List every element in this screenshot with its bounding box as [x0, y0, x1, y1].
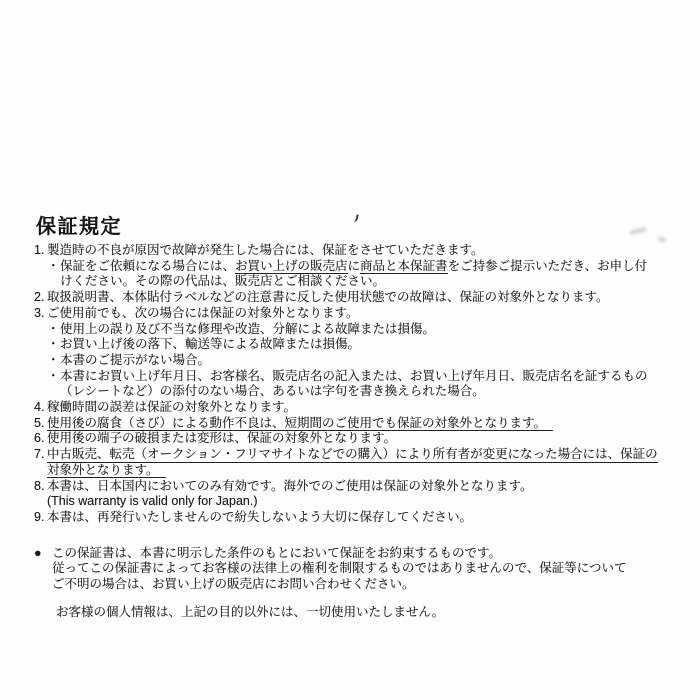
- plain-text: 保証をご依頼になる場合には、: [60, 259, 235, 273]
- note-line: ●この保証書は、本書に明示した条件のもとにおいて保証をお約束するものです。: [34, 546, 690, 562]
- note-line: 従ってこの保証書によってお客様の法律上の権利を制限するものではありませんので、保…: [34, 561, 690, 577]
- line-text: 中古販売、転売（オークション・フリマサイトなどでの購入）により所有者が変更になっ…: [47, 447, 658, 463]
- rule-line: (This warranty is valid only for Japan.): [34, 494, 690, 510]
- rule-line: 5.使用後の腐食（さび）による動作不良は、短期間のご使用でも保証の対象外となりま…: [34, 416, 690, 432]
- plain-text: 取扱説明書、本体貼付ラベルなどの注意書に反した使用状態での故障は、保証の対象外と…: [47, 290, 609, 304]
- list-marker: 1.: [34, 243, 47, 259]
- plain-text: この保証書は、本書に明示した条件のもとにおいて保証をお約束するものです。: [52, 546, 501, 560]
- plain-text: 本書は、再発行いたしませんので紛失しないよう大切に保存してください。: [47, 510, 472, 524]
- plain-text: けください。その際の代品は、販売店とご相談ください。: [60, 274, 385, 288]
- line-text: 従ってこの保証書によってお客様の法律上の権利を制限するものではありませんので、保…: [52, 561, 627, 577]
- line-text: 使用上の誤り及び不当な修理や改造、分解による故障または損傷。: [60, 322, 435, 338]
- underlined-text: 中古販売、転売（オークション・フリマサイトなどでの購入）により所有者が変更になっ…: [47, 447, 658, 463]
- list-marker: 9.: [34, 510, 47, 526]
- plain-text: 製造時の不良が原因で故障が発生した場合には、保証をさせていただきます。: [47, 243, 484, 257]
- privacy-statement: お客様の個人情報は、上記の目的以外には、一切使用いたしません。: [34, 605, 690, 621]
- plain-text: (This warranty is valid only for Japan.): [47, 494, 258, 508]
- line-text: 使用後の端子の破損または変形は、保証の対象外となります。: [47, 431, 396, 447]
- line-text: この保証書は、本書に明示した条件のもとにおいて保証をお約束するものです。: [52, 546, 501, 562]
- rule-line: 8.本書は、日本国内においてのみ有効です。海外でのご使用は保証の対象外となります…: [34, 479, 690, 495]
- line-text: 取扱説明書、本体貼付ラベルなどの注意書に反した使用状態での故障は、保証の対象外と…: [47, 290, 609, 306]
- plain-text: 使用後の端子の破損または変形は、保証の対象外となります。: [47, 431, 396, 445]
- line-text: 本書は、日本国内においてのみ有効です。海外でのご使用は保証の対象外となります。: [47, 479, 533, 495]
- list-marker: 7.: [34, 447, 47, 463]
- list-marker: 4.: [34, 400, 47, 416]
- list-marker: ・: [47, 353, 60, 369]
- list-marker: ・: [47, 322, 60, 338]
- line-text: 使用後の腐食（さび）による動作不良は、短期間のご使用でも保証の対象外となります。: [47, 416, 553, 432]
- plain-text: に: [348, 259, 361, 273]
- line-text: けください。その際の代品は、販売店とご相談ください。: [60, 274, 385, 290]
- plain-text: 従ってこの保証書によってお客様の法律上の権利を制限するものではありませんので、保…: [52, 561, 627, 575]
- list-marker: 2.: [34, 290, 47, 306]
- plain-text: ご不明の場合は、お買い上げの販売店にお問い合わせください。: [52, 577, 415, 591]
- underlined-text: 商品と本保証書: [360, 259, 448, 275]
- plain-text: 稼働時間の誤差は保証の対象外となります。: [47, 400, 296, 414]
- rule-line: 3.ご使用前でも、次の場合には保証の対象外となります。: [34, 306, 690, 322]
- rule-line: ・本書のご提示がない場合。: [34, 353, 690, 369]
- rule-line: ・お買い上げ後の落下、輸送等による故障または損傷。: [34, 337, 690, 353]
- line-text: ご不明の場合は、お買い上げの販売店にお問い合わせください。: [52, 577, 415, 593]
- underlined-text: お買い上げの販売店: [235, 259, 348, 275]
- rule-line: 6.使用後の端子の破損または変形は、保証の対象外となります。: [34, 431, 690, 447]
- warranty-notes-list: ●この保証書は、本書に明示した条件のもとにおいて保証をお約束するものです。従って…: [34, 546, 690, 593]
- plain-text: 本書にお買い上げ年月日、お客様名、販売店名の記入または、お買い上げ年月日、販売店…: [60, 369, 648, 383]
- line-text: 対象外となります。: [47, 463, 166, 479]
- rule-line: 2.取扱説明書、本体貼付ラベルなどの注意書に反した使用状態での故障は、保証の対象…: [34, 290, 690, 306]
- line-text: (This warranty is valid only for Japan.): [47, 494, 258, 510]
- list-marker: ●: [34, 546, 52, 562]
- rule-line: （レシートなど）の添付のない場合、あるいは字句を書き換えられた場合。: [34, 384, 690, 400]
- list-marker: ・: [47, 259, 60, 275]
- line-text: ご使用前でも、次の場合には保証の対象外となります。: [47, 306, 359, 322]
- note-line: ご不明の場合は、お買い上げの販売店にお問い合わせください。: [34, 577, 690, 593]
- line-text: 稼働時間の誤差は保証の対象外となります。: [47, 400, 296, 416]
- plain-text: 本書は、日本国内においてのみ有効です。海外でのご使用は保証の対象外となります。: [47, 479, 533, 493]
- document-title: 保証規定: [36, 210, 690, 239]
- list-marker: 6.: [34, 431, 47, 447]
- underlined-text: 使用後の腐食（さび）による動作不良は、短期間のご使用でも保証の対象外となります。: [47, 416, 553, 432]
- list-marker: 3.: [34, 306, 47, 322]
- warranty-rules-list: 1.製造時の不良が原因で故障が発生した場合には、保証をさせていただきます。・保証…: [34, 243, 690, 526]
- list-marker: ・: [47, 337, 60, 353]
- plain-text: 本書のご提示がない場合。: [60, 353, 210, 367]
- line-text: 本書にお買い上げ年月日、お客様名、販売店名の記入または、お買い上げ年月日、販売店…: [60, 369, 648, 385]
- plain-text: 使用上の誤り及び不当な修理や改造、分解による故障または損傷。: [60, 322, 435, 336]
- rule-line: 4.稼働時間の誤差は保証の対象外となります。: [34, 400, 690, 416]
- rule-line: 対象外となります。: [34, 463, 690, 479]
- list-marker: 8.: [34, 479, 47, 495]
- warranty-document-page: 保証規定 1.製造時の不良が原因で故障が発生した場合には、保証をさせていただきま…: [0, 0, 700, 700]
- line-text: （レシートなど）の添付のない場合、あるいは字句を書き換えられた場合。: [60, 384, 485, 400]
- rule-line: 7.中古販売、転売（オークション・フリマサイトなどでの購入）により所有者が変更に…: [34, 447, 690, 463]
- plain-text: （レシートなど）の添付のない場合、あるいは字句を書き換えられた場合。: [60, 384, 485, 398]
- plain-text: をご持参ご提示いただき、お申し付: [448, 259, 648, 273]
- rule-line: ・本書にお買い上げ年月日、お客様名、販売店名の記入または、お買い上げ年月日、販売…: [34, 369, 690, 385]
- line-text: 保証をご依頼になる場合には、お買い上げの販売店に商品と本保証書をご持参ご提示いた…: [60, 259, 647, 275]
- line-text: 製造時の不良が原因で故障が発生した場合には、保証をさせていただきます。: [47, 243, 484, 259]
- rule-line: ・保証をご依頼になる場合には、お買い上げの販売店に商品と本保証書をご持参ご提示い…: [34, 259, 690, 275]
- line-text: 本書は、再発行いたしませんので紛失しないよう大切に保存してください。: [47, 510, 472, 526]
- line-text: 本書のご提示がない場合。: [60, 353, 210, 369]
- document-content: 保証規定 1.製造時の不良が原因で故障が発生した場合には、保証をさせていただきま…: [34, 210, 690, 620]
- rule-line: けください。その際の代品は、販売店とご相談ください。: [34, 274, 690, 290]
- rule-line: ・使用上の誤り及び不当な修理や改造、分解による故障または損傷。: [34, 322, 690, 338]
- list-marker: ・: [47, 369, 60, 385]
- rule-line: 9.本書は、再発行いたしませんので紛失しないよう大切に保存してください。: [34, 510, 690, 526]
- line-text: お買い上げ後の落下、輸送等による故障または損傷。: [60, 337, 360, 353]
- plain-text: お買い上げ後の落下、輸送等による故障または損傷。: [60, 337, 360, 351]
- rule-line: 1.製造時の不良が原因で故障が発生した場合には、保証をさせていただきます。: [34, 243, 690, 259]
- plain-text: ご使用前でも、次の場合には保証の対象外となります。: [47, 306, 359, 320]
- list-marker: 5.: [34, 416, 47, 432]
- underlined-text: 対象外となります。: [47, 463, 166, 479]
